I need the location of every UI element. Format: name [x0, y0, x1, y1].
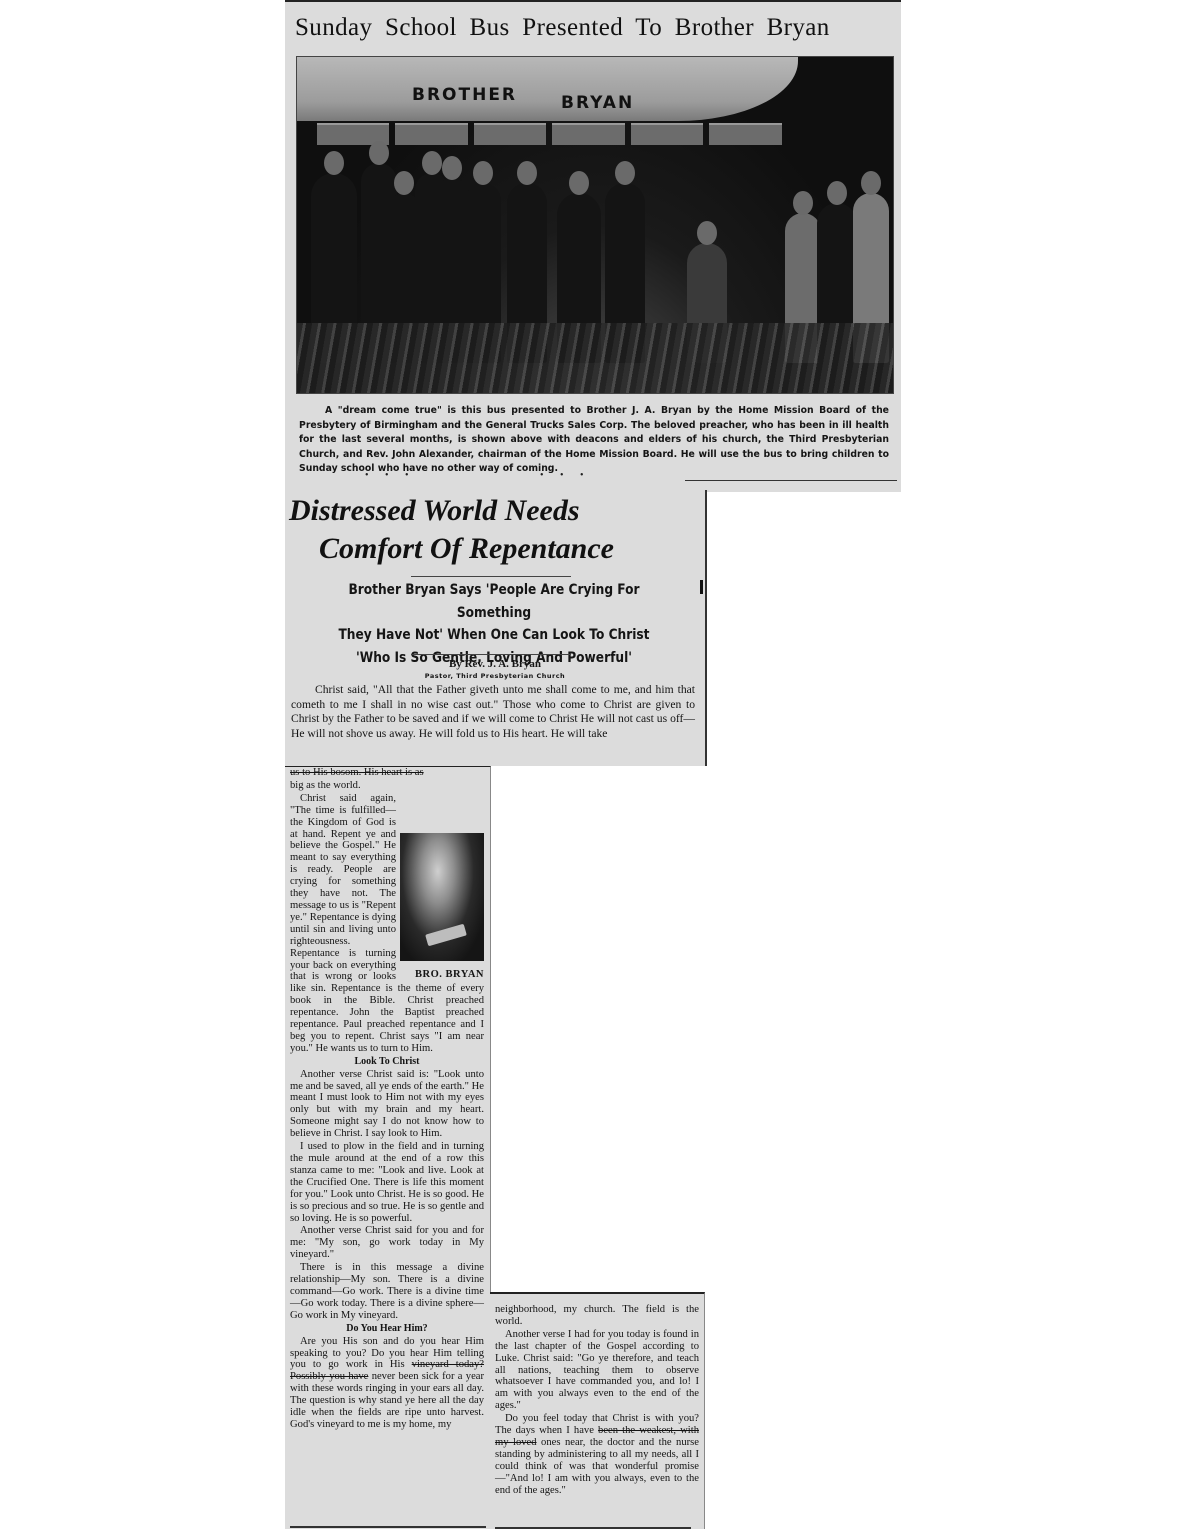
headline-line-2: Comfort Of Repentance: [289, 530, 699, 568]
bus-story-clipping: Sunday School Bus Presented To Brother B…: [285, 0, 901, 492]
divider: [411, 654, 571, 655]
paragraph: Another verse Christ said for you and fo…: [290, 1225, 484, 1261]
lead-paragraph: Christ said, "All that the Father giveth…: [291, 683, 695, 741]
article-head-clipping: Distressed World Needs Comfort Of Repent…: [285, 490, 707, 766]
column-2-text: neighborhood, my church. The field is th…: [495, 1304, 699, 1498]
bus-photo: BROTHER BRYAN: [296, 56, 894, 394]
headline-line-1: Distressed World Needs: [289, 494, 580, 527]
paragraph: There is in this message a divine relati…: [290, 1262, 484, 1322]
article-column-2: neighborhood, my church. The field is th…: [490, 1292, 705, 1529]
bus-lettering-brother: BROTHER: [412, 85, 517, 105]
subhead-do-you-hear-him: Do You Hear Him?: [290, 1323, 484, 1335]
ground: [297, 323, 893, 393]
edge-mark: [700, 580, 703, 594]
deck-line: They Have Not' When One Can Look To Chri…: [316, 624, 672, 647]
paragraph: big as the world.: [290, 780, 484, 792]
article-column-1: us to His bosom. His heart is as big as …: [285, 766, 491, 1529]
lead-paragraph-block: Christ said, "All that the Father giveth…: [291, 683, 695, 741]
paragraph: I used to plow in the field and in turni…: [290, 1141, 484, 1224]
byline-title: Pastor, Third Presbyterian Church: [285, 672, 705, 680]
divider: [685, 480, 897, 481]
paragraph: Another verse Christ said is: "Look unto…: [290, 1069, 484, 1140]
article-headline: Distressed World Needs Comfort Of Repent…: [289, 492, 699, 568]
paragraph: Do you feel today that Christ is with yo…: [495, 1413, 699, 1496]
divider: [411, 576, 571, 577]
article-deck: Brother Bryan Says 'People Are Crying Fo…: [316, 579, 672, 669]
divider: [290, 1526, 486, 1528]
deck-line: Brother Bryan Says 'People Are Crying Fo…: [316, 579, 672, 624]
byline: By Rev. J. A. Bryan: [285, 658, 705, 670]
portrait-photo: [400, 833, 484, 961]
struck-line: us to His bosom. His heart is as: [290, 767, 484, 779]
portrait-caption: BRO. BRYAN: [415, 969, 484, 981]
portrait: BRO. BRYAN: [400, 833, 484, 981]
bus-story-headline: Sunday School Bus Presented To Brother B…: [295, 14, 895, 42]
column-1-text: us to His bosom. His heart is as big as …: [290, 767, 484, 1432]
paragraph: Are you His son and do you hear Him spea…: [290, 1336, 484, 1431]
photo-caption: A "dream come true" is this bus presente…: [299, 404, 889, 477]
paragraph: Another verse I had for you today is fou…: [495, 1329, 699, 1412]
separator-dots: • • •: [365, 470, 416, 481]
bus-lettering-bryan: BRYAN: [561, 93, 634, 113]
bus-roof: [297, 57, 798, 121]
subhead-look-to-christ: Look To Christ: [290, 1056, 484, 1068]
separator-dots: • • •: [540, 470, 591, 481]
paragraph: neighborhood, my church. The field is th…: [495, 1304, 699, 1328]
